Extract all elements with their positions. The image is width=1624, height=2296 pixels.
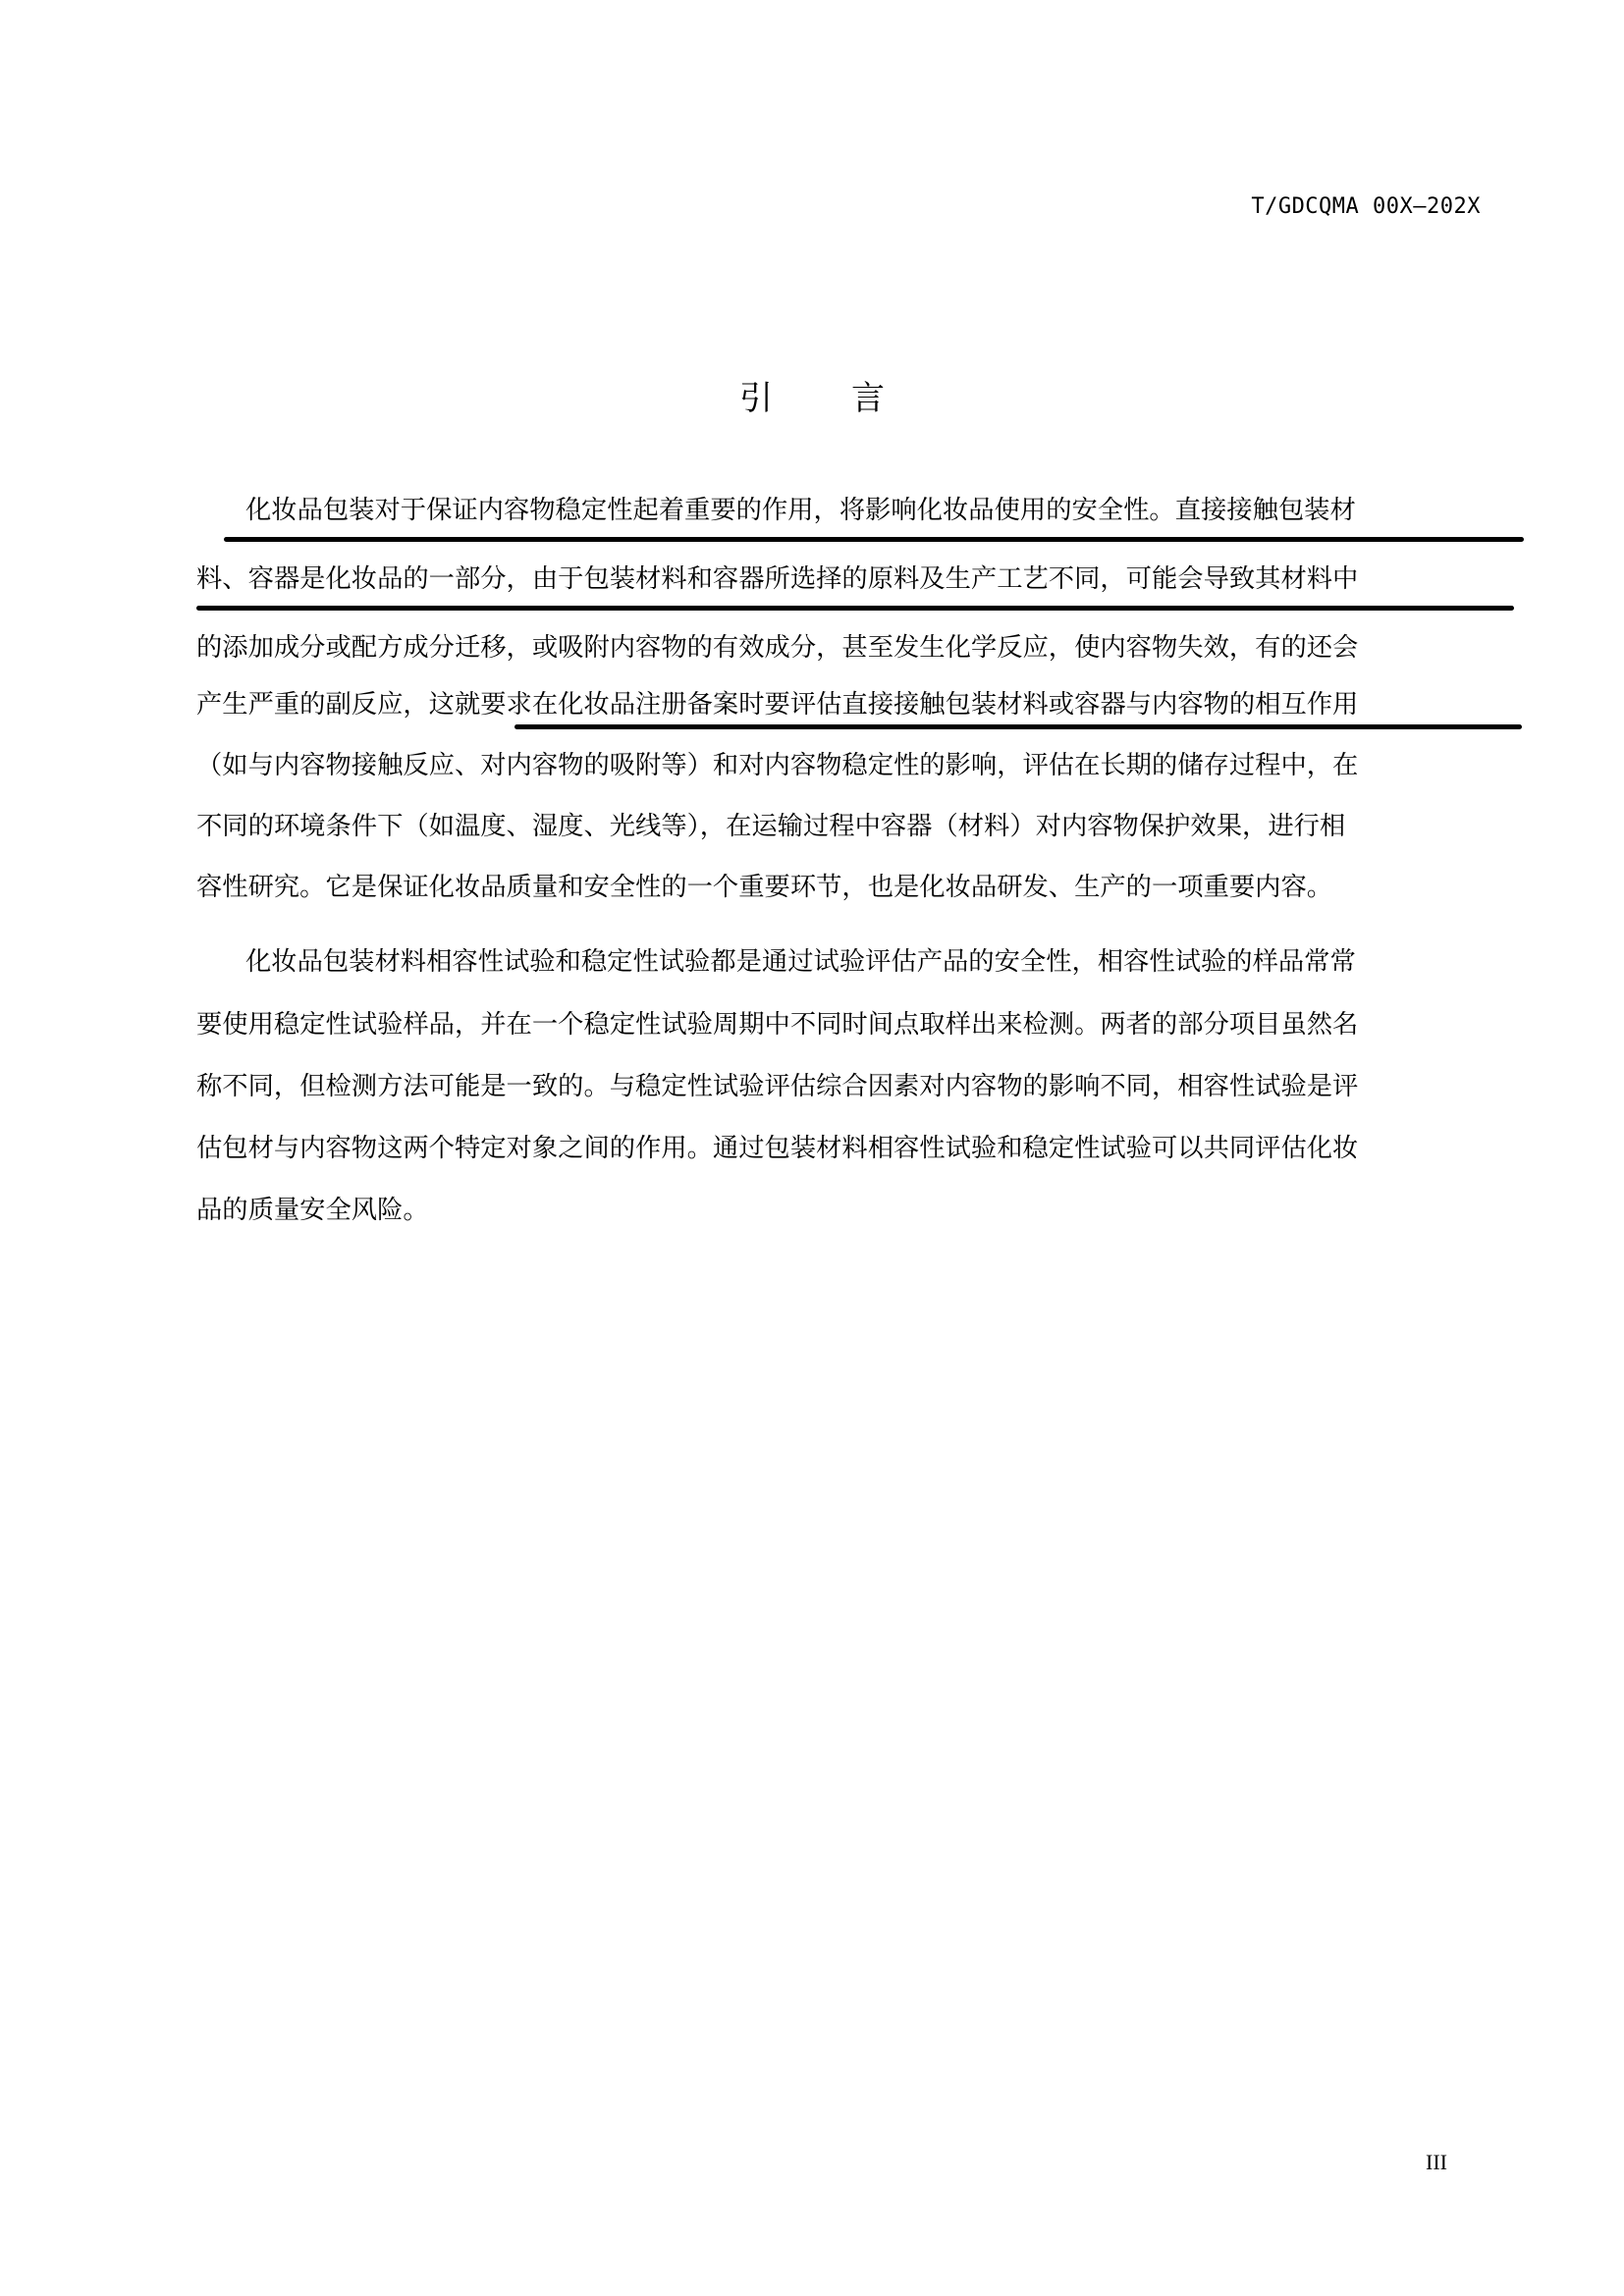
standard-code: T/GDCQMA 00X—202X	[1251, 194, 1481, 219]
paragraph-1-line-7: 容性研究。它是保证化妆品质量和安全性的一个重要环节，也是化妆品研发、生产的一项重…	[196, 868, 1332, 907]
handwritten-underline	[196, 606, 1514, 611]
handwritten-underline	[224, 537, 1524, 542]
paragraph-1-line-1: 化妆品包装对于保证内容物稳定性起着重要的作用，将影响化妆品使用的安全性。直接接触…	[245, 491, 1356, 530]
paragraph-1-line-2: 料、容器是化妆品的一部分，由于包装材料和容器所选择的原料及生产工艺不同，可能会导…	[196, 560, 1358, 599]
paragraph-2-line-4: 估包材与内容物这两个特定对象之间的作用。通过包装材料相容性试验和稳定性试验可以共…	[196, 1129, 1358, 1168]
page-number: III	[1426, 2150, 1447, 2175]
paragraph-2-line-3: 称不同，但检测方法可能是一致的。与稳定性试验评估综合因素对内容物的影响不同，相容…	[196, 1067, 1358, 1106]
page-title: 引言	[0, 371, 1624, 419]
paragraph-1-line-6: 不同的环境条件下（如温度、湿度、光线等），在运输过程中容器（材料）对内容物保护效…	[196, 807, 1345, 846]
handwritten-underline	[514, 724, 1522, 729]
paragraph-2-line-1: 化妆品包装材料相容性试验和稳定性试验都是通过试验评估产品的安全性，相容性试验的样…	[245, 942, 1356, 982]
paragraph-2-line-5: 品的质量安全风险。	[196, 1191, 429, 1230]
paragraph-1-line-4: 产生严重的副反应，这就要求在化妆品注册备案时要评估直接接触包装材料或容器与内容物…	[196, 685, 1358, 724]
paragraph-2-line-2: 要使用稳定性试验样品，并在一个稳定性试验周期中不同时间点取样出来检测。两者的部分…	[196, 1005, 1358, 1044]
paragraph-1-line-3: 的添加成分或配方成分迁移，或吸附内容物的有效成分，甚至发生化学反应，使内容物失效…	[196, 628, 1358, 667]
paragraph-1-line-5: （如与内容物接触反应、对内容物的吸附等）和对内容物稳定性的影响，评估在长期的储存…	[196, 746, 1358, 785]
